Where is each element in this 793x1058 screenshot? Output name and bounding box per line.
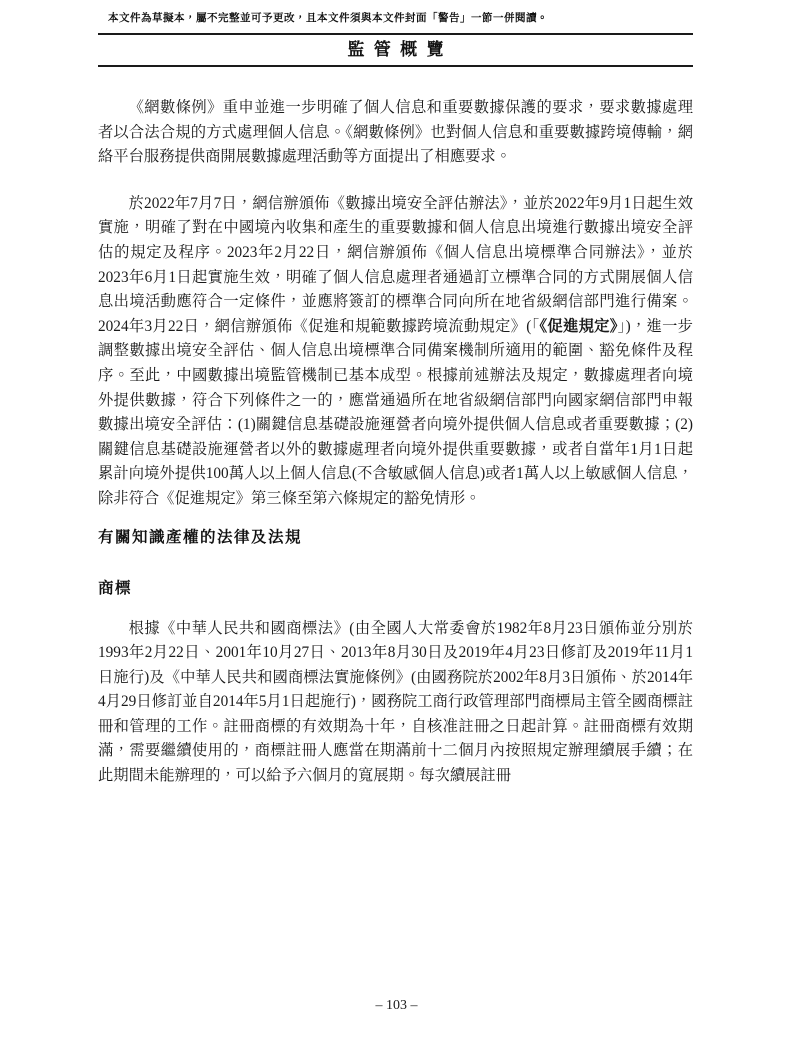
paragraph-text: 」)，進一步調整數據出境安全評估、個人信息出境標準合同備案機制所適用的範圍、豁免… — [98, 318, 693, 507]
page-content: 本文件為草擬本，屬不完整並可予更改，且本文件須與本文件封面「警告」一節一併閱讀。… — [98, 0, 693, 789]
heading-intellectual-property-laws: 有關知識產權的法律及法規 — [98, 528, 693, 548]
paragraph-network-data-regulation: 《網數條例》重申並進一步明確了個人信息和重要數據保護的要求，要求數據處理者以合法… — [98, 96, 693, 170]
paragraph-trademark-law: 根據《中華人民共和國商標法》(由全國人大常委會於1982年8月23日頒佈並分別於… — [98, 617, 693, 789]
paragraph-data-export-rules: 於2022年7月7日，網信辦頒佈《數據出境安全評估辦法》，並於2022年9月1日… — [98, 192, 693, 512]
heading-trademark: 商標 — [98, 579, 693, 599]
page-title: 監管概覽 — [98, 40, 693, 59]
document-page: 本文件為草擬本，屬不完整並可予更改，且本文件須與本文件封面「警告」一節一併閱讀。… — [0, 0, 793, 1058]
paragraph-text: 於2022年7月7日，網信辦頒佈《數據出境安全評估辦法》，並於2022年9月1日… — [98, 195, 693, 335]
page-number: – 103 – — [0, 998, 793, 1014]
section-header-box: 監管概覽 — [98, 33, 693, 67]
defined-term-promotion-regulations: 《促進規定》 — [540, 318, 618, 335]
draft-disclaimer: 本文件為草擬本，屬不完整並可予更改，且本文件須與本文件封面「警告」一節一併閱讀。 — [108, 12, 693, 25]
